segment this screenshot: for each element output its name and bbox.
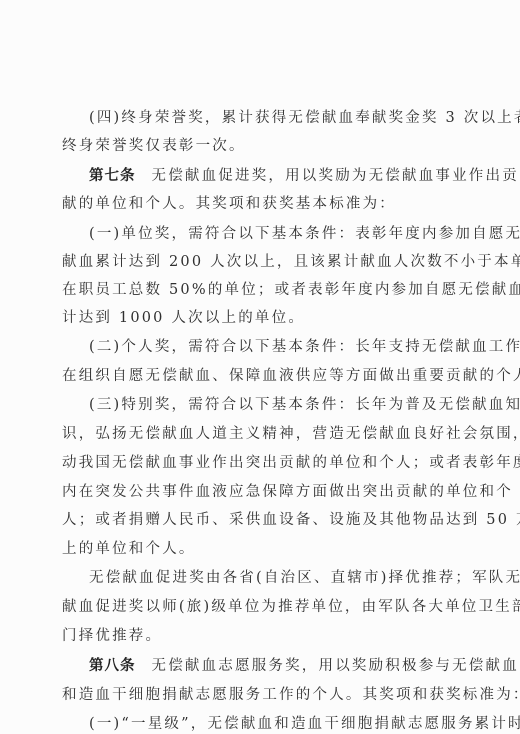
- promotion-recommend-line-2: 献血促进奖以师(旅)级单位为推荐单位，由军队各大单位卫生部: [62, 597, 520, 617]
- article-7-text: 无偿献血促进奖，用以奖励为无偿献血事业作出贡: [152, 168, 519, 184]
- article-8-heading: 第八条: [89, 658, 136, 674]
- article-8-text: 无偿献血志愿服务奖，用以奖励积极参与无偿献血: [152, 658, 519, 674]
- promotion-recommend-line-3: 门择优推荐。: [62, 626, 162, 646]
- article-7-heading: 第七条: [89, 168, 136, 184]
- special-award-line-5: 人；或者捐赠人民币、采供血设备、设施及其他物品达到 50 万元以: [62, 510, 520, 530]
- unit-award-line-1: (一)单位奖，需符合以下基本条件：表彰年度内参加自愿无偿: [89, 224, 520, 244]
- paragraph-lifetime-honor-line-2: 终身荣誉奖仅表彰一次。: [62, 136, 246, 156]
- special-award-line-4: 内在突发公共事件血液应急保障方面做出突出贡献的单位和个: [62, 482, 513, 502]
- one-star-line-1: (一)“一星级”，无偿献血和造血干细胞捐献志愿服务累计时: [89, 714, 520, 734]
- paragraph-lifetime-honor-line-1: (四)终身荣誉奖，累计获得无偿献血奉献奖金奖 3 次以上者。: [89, 108, 520, 128]
- article-7-line-2: 献的单位和个人。其奖项和获奖基本标准为：: [62, 194, 396, 214]
- article-8-line-1: 第八条无偿献血志愿服务奖，用以奖励积极参与无偿献血: [89, 656, 519, 676]
- article-7-line-1: 第七条无偿献血促进奖，用以奖励为无偿献血事业作出贡: [89, 166, 519, 186]
- individual-award-line-1: (二)个人奖，需符合以下基本条件：长年支持无偿献血工作，: [89, 337, 520, 357]
- special-award-line-3: 动我国无偿献血事业作出突出贡献的单位和个人；或者表彰年度: [62, 453, 520, 473]
- unit-award-line-2: 献血累计达到 200 人次以上，且该累计献血人次数不小于本单位: [62, 252, 520, 272]
- unit-award-line-3: 在职员工总数 50%的单位；或者表彰年度内参加自愿无偿献血累: [62, 280, 520, 300]
- unit-award-line-4: 计达到 1000 人次以上的单位。: [62, 308, 305, 328]
- individual-award-line-2: 在组织自愿无偿献血、保障血液供应等方面做出重要贡献的个人。: [62, 366, 520, 386]
- promotion-recommend-line-1: 无偿献血促进奖由各省(自治区、直辖市)择优推荐；军队无偿: [89, 568, 520, 588]
- special-award-line-1: (三)特别奖，需符合以下基本条件：长年为普及无偿献血知: [89, 395, 520, 415]
- special-award-line-6: 上的单位和个人。: [62, 539, 196, 559]
- special-award-line-2: 识，弘扬无偿献血人道主义精神，营造无偿献血良好社会氛围，推: [62, 424, 520, 444]
- article-8-line-2: 和造血干细胞捐献志愿服务工作的个人。其奖项和获奖标准为：: [62, 685, 520, 705]
